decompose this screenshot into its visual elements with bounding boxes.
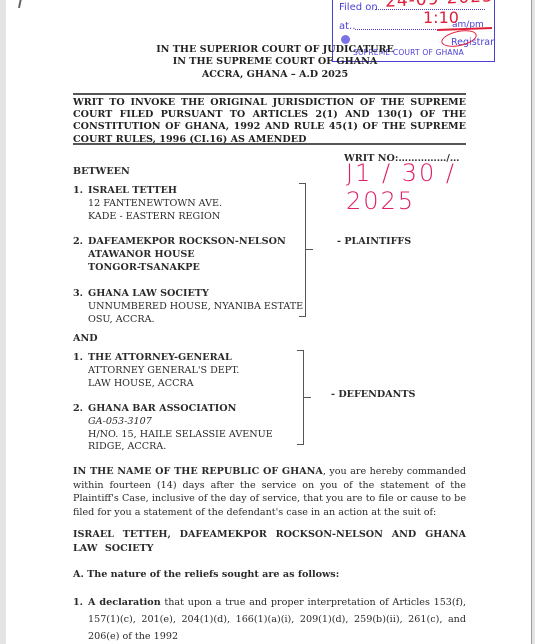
between-label: BETWEEN bbox=[73, 166, 130, 177]
court-header-line1: IN THE SUPERIOR COURT OF JUDICATURE bbox=[150, 44, 400, 56]
suitors-names: ISRAEL TETTEH, DAFEAMEKPOR ROCKSON-NELSO… bbox=[73, 528, 466, 555]
writ-title: WRIT TO INVOKE THE ORIGINAL JURISDICTION… bbox=[73, 97, 466, 146]
writ-number-handwritten: J1 / 30 / 2025 bbox=[346, 159, 531, 215]
reliefs-heading: A. The nature of the reliefs sought are … bbox=[73, 569, 339, 580]
defendant-name: THE ATTORNEY-GENERAL bbox=[88, 352, 232, 363]
stamp-dotted-line bbox=[355, 29, 450, 30]
corner-pen-mark bbox=[18, 0, 22, 8]
plaintiff-name: GHANA LAW SOCIETY bbox=[88, 288, 209, 299]
relief-item-1: 1. A declaration that upon a true and pr… bbox=[73, 594, 466, 644]
stamp-filed-on-label: Filed on bbox=[339, 2, 378, 13]
title-bottom-rule bbox=[73, 143, 466, 145]
plaintiff-name: DAFEAMEKPOR ROCKSON-NELSON bbox=[88, 236, 286, 247]
document-page: Filed on at.. am/pm Registrar SUPREME CO… bbox=[6, 0, 532, 644]
defendant-2: 2.GHANA BAR ASSOCIATION GA-053-3107 H/NO… bbox=[73, 403, 273, 454]
plaintiffs-brace bbox=[299, 183, 306, 317]
handwritten-filing-time: 1:10 bbox=[423, 8, 459, 27]
title-top-rule bbox=[73, 93, 466, 95]
plaintiff-3: 3.GHANA LAW SOCIETY UNNUMBERED HOUSE, NY… bbox=[73, 288, 303, 326]
defendant-1: 1.THE ATTORNEY-GENERAL ATTORNEY GENERAL'… bbox=[73, 352, 239, 390]
and-label: AND bbox=[73, 333, 98, 344]
court-header-line2: IN THE SUPREME COURT OF GHANA bbox=[150, 56, 400, 68]
defendant-name: GHANA BAR ASSOCIATION bbox=[88, 403, 236, 414]
command-paragraph: IN THE NAME OF THE REPUBLIC OF GHANA, yo… bbox=[73, 465, 466, 519]
stamp-seal-icon bbox=[341, 35, 350, 44]
defendants-brace bbox=[297, 350, 304, 445]
defendants-role-label: - DEFENDANTS bbox=[331, 389, 415, 400]
defendants-brace-tick bbox=[304, 397, 311, 398]
plaintiffs-brace-tick bbox=[306, 249, 313, 250]
plaintiffs-role-label: - PLAINTIFFS bbox=[337, 236, 411, 247]
court-header-line3: ACCRA, GHANA – A.D 2025 bbox=[150, 69, 400, 81]
court-header: IN THE SUPERIOR COURT OF JUDICATURE IN T… bbox=[150, 44, 400, 81]
stamp-at-label: at.. bbox=[339, 21, 355, 32]
plaintiff-2: 2.DAFEAMEKPOR ROCKSON-NELSON ATAWANOR HO… bbox=[73, 236, 286, 274]
plaintiff-name: ISRAEL TETTEH bbox=[88, 185, 177, 196]
plaintiff-1: 1.ISRAEL TETTEH 12 FANTENEWTOWN AVE. KAD… bbox=[73, 185, 222, 223]
